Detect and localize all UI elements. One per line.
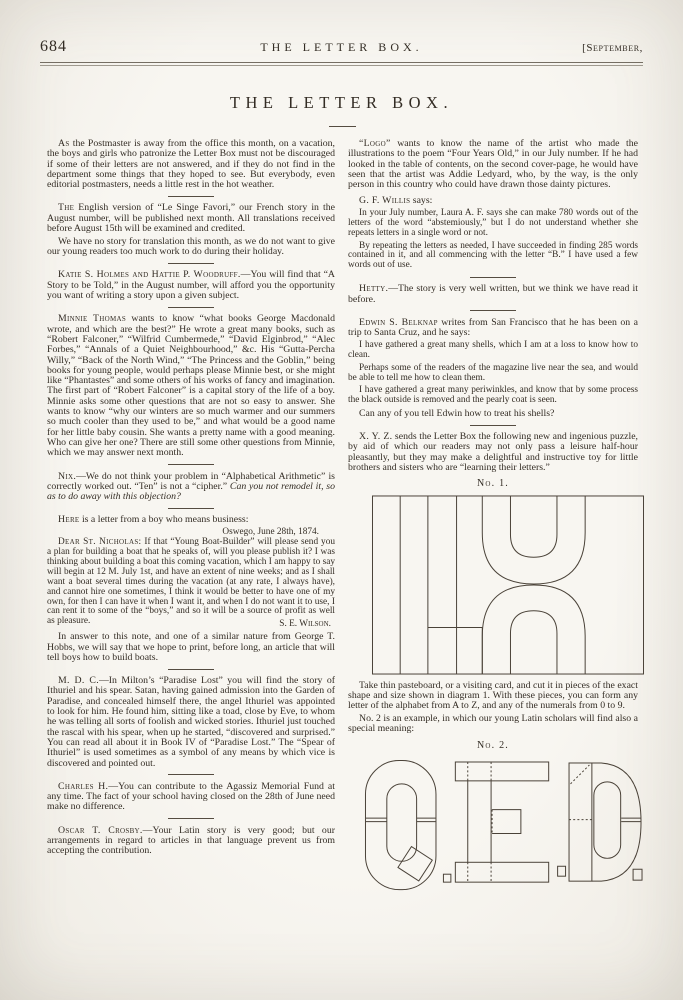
section-divider xyxy=(168,774,214,775)
item-body: English version of “Le Singe Favori,” ou… xyxy=(47,202,335,234)
pasteboard-caption: Take thin pasteboard, or a visiting card… xyxy=(348,681,638,712)
section-divider xyxy=(168,196,214,197)
item-postmaster-note: As the Postmaster is away from the offic… xyxy=(47,139,335,190)
item-belknap-intro: Edwin S. Belknap writes from San Francis… xyxy=(348,318,638,339)
item-katie-hattie: Katie S. Holmes and Hattie P. Woodruff.—… xyxy=(47,270,335,301)
title-rule xyxy=(329,126,356,127)
section-divider xyxy=(470,310,516,311)
left-column: As the Postmaster is away from the offic… xyxy=(47,139,335,909)
item-xyz-puzzle: X. Y. Z. sends the Letter Box the follow… xyxy=(348,432,638,473)
belknap-question: Can any of you tell Edwin how to treat h… xyxy=(348,409,638,419)
section-divider xyxy=(168,464,214,465)
item-charles-h: Charles H.—You can contribute to the Aga… xyxy=(47,782,335,813)
item-nix: Nix.—We do not think your problem in “Al… xyxy=(47,472,335,503)
item-body: In answer to this note, and one of a sim… xyxy=(47,631,335,663)
boat-letter-body: Dear St. Nicholas: If that “Young Boat-B… xyxy=(47,538,335,627)
item-body: wants to know the name of the artist who… xyxy=(348,138,638,190)
section-divider xyxy=(470,425,516,426)
quote-text: I have gathered a great many periwinkles… xyxy=(348,385,638,405)
item-body: —The story is very well written, but we … xyxy=(348,283,638,304)
item-french-story-2: We have no story for translation this mo… xyxy=(47,237,335,258)
item-minnie-thomas: Minnie Thomas wants to know “what books … xyxy=(47,314,335,458)
letter-salutation: Dear St. Nicholas: xyxy=(58,537,141,547)
letter-text: If that “Young Boat-Builder” will please… xyxy=(47,537,335,626)
item-body: —In Milton’s “Paradise Lost” you will fi… xyxy=(47,675,335,768)
willis-quote-1: In your July number, Laura A. F. says sh… xyxy=(348,209,638,239)
diagram-2-label: No. 2. xyxy=(348,741,638,751)
section-divider xyxy=(470,277,516,278)
item-body: We have no story for translation this mo… xyxy=(47,236,335,257)
puzzle-diagram-2-qed xyxy=(362,755,645,909)
quote-text: By repeating the letters as needed, I ha… xyxy=(348,241,638,271)
quote-text: I have gathered a great many shells, whi… xyxy=(348,340,638,360)
puzzle-diagram-1 xyxy=(370,494,646,676)
item-hetty: Hetty.—The story is very well written, b… xyxy=(348,284,638,305)
item-body: wants to know “what books George Macdona… xyxy=(47,313,335,458)
caption-text: Take thin pasteboard, or a visiting card… xyxy=(348,680,638,712)
signature-name: S. E. Wilson. xyxy=(279,619,331,629)
page-header: 684 THE LETTER BOX. [September, xyxy=(40,38,643,56)
item-lead: Here xyxy=(58,514,80,525)
item-logo: “Logo” wants to know the name of the art… xyxy=(348,139,638,190)
caption-text: No. 2 is an example, in which our young … xyxy=(348,713,638,734)
item-willis-intro: G. F. Willis says: xyxy=(348,196,638,206)
belknap-quote-1: I have gathered a great many shells, whi… xyxy=(348,341,638,361)
no2-intro: No. 2 is an example, in which our young … xyxy=(348,714,638,735)
diagram-1-label: No. 1. xyxy=(348,479,638,489)
item-body: is a letter from a boy who means busines… xyxy=(80,514,249,525)
section-divider xyxy=(168,818,214,819)
section-divider xyxy=(168,263,214,264)
item-french-story: The English version of “Le Singe Favori,… xyxy=(47,203,335,234)
belknap-quote-2: Perhaps some of the readers of the magaz… xyxy=(348,364,638,384)
right-column: “Logo” wants to know the name of the art… xyxy=(348,139,638,909)
item-oscar-crosby: Oscar T. Crosby.—Your Latin story is ver… xyxy=(47,826,335,857)
page-title: THE LETTER BOX. xyxy=(0,93,683,113)
section-divider xyxy=(168,307,214,308)
quote-text: Can any of you tell Edwin how to treat h… xyxy=(359,408,554,419)
columns: As the Postmaster is away from the offic… xyxy=(47,139,638,909)
item-body: the Postmaster is away from the office t… xyxy=(47,138,335,190)
quote-text: Perhaps some of the readers of the magaz… xyxy=(348,363,638,383)
item-boat-letter-intro: Here is a letter from a boy who means bu… xyxy=(47,515,335,525)
item-lead: G. F. Willis xyxy=(359,195,410,206)
item-boat-reply: In answer to this note, and one of a sim… xyxy=(47,632,335,663)
running-title: THE LETTER BOX. xyxy=(170,40,513,55)
item-body: sends the Letter Box the following new a… xyxy=(348,431,638,473)
quote-text: In your July number, Laura A. F. says sh… xyxy=(348,208,638,238)
item-body: says: xyxy=(410,195,432,206)
section-divider xyxy=(168,669,214,670)
section-divider xyxy=(168,508,214,509)
header-rule xyxy=(40,62,643,66)
item-mdc: M. D. C.—In Milton’s “Paradise Lost” you… xyxy=(47,676,335,769)
issue-label: [September, xyxy=(513,42,643,54)
page-number: 684 xyxy=(40,38,170,56)
willis-quote-2: By repeating the letters as needed, I ha… xyxy=(348,242,638,272)
magazine-page-scan: 684 THE LETTER BOX. [September, THE LETT… xyxy=(0,0,683,1000)
belknap-quote-3: I have gathered a great many periwinkles… xyxy=(348,386,638,406)
